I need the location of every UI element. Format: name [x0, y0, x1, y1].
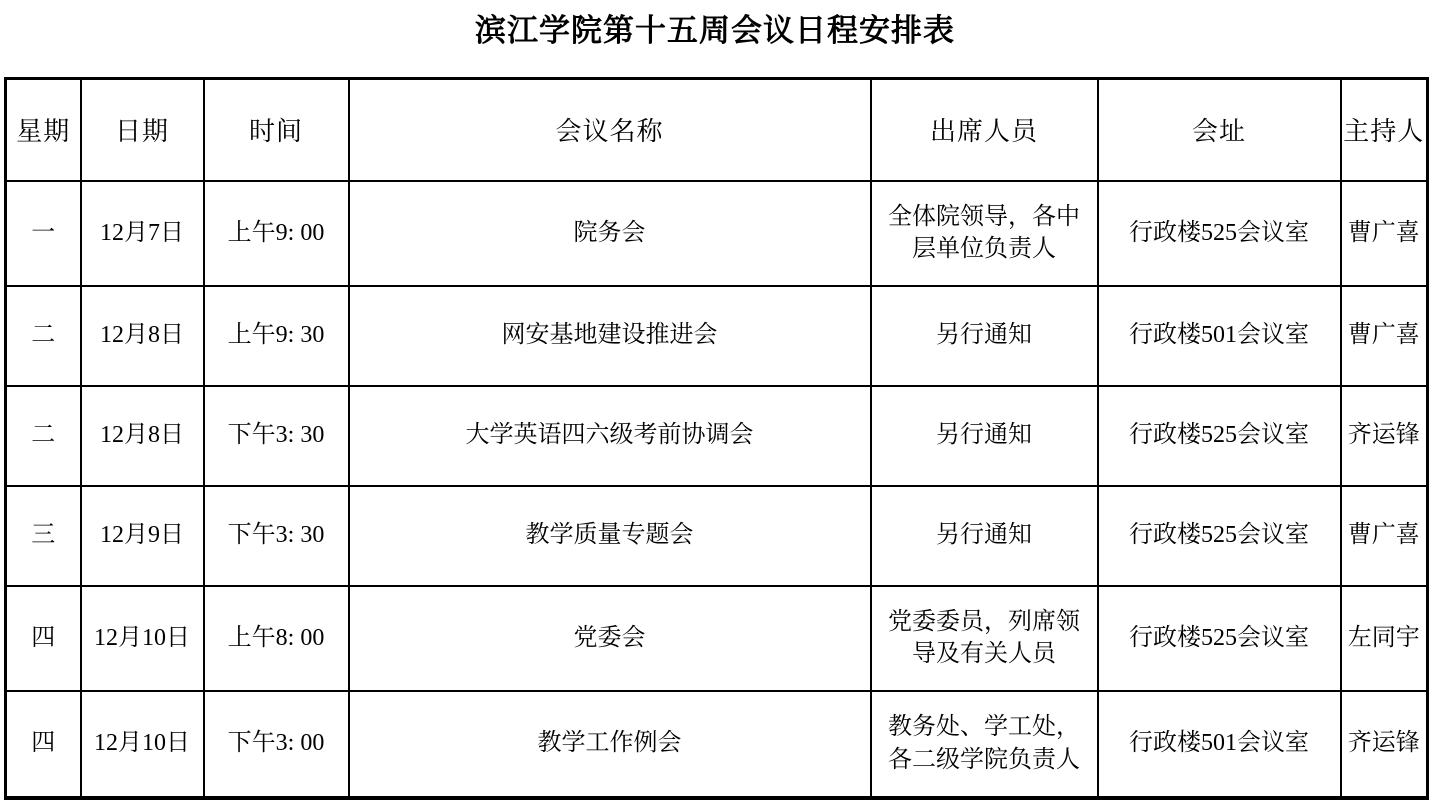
cell-venue: 行政楼501会议室: [1098, 691, 1341, 798]
cell-venue: 行政楼501会议室: [1098, 286, 1341, 386]
column-header-weekday: 星期: [6, 79, 81, 181]
cell-time: 下午3: 00: [204, 691, 349, 798]
cell-attendees: 教务处、学工处， 各二级学院负责人: [871, 691, 1098, 798]
table-row: 二 12月8日 上午9: 30 网安基地建设推进会 另行通知 行政楼501会议室…: [6, 286, 1428, 386]
column-header-attendees: 出席人员: [871, 79, 1098, 181]
cell-host: 曹广喜: [1341, 286, 1428, 386]
cell-weekday: 二: [6, 386, 81, 486]
cell-venue: 行政楼525会议室: [1098, 386, 1341, 486]
cell-attendees: 全体院领导，各中 层单位负责人: [871, 181, 1098, 286]
cell-host: 齐运锋: [1341, 691, 1428, 798]
table-row: 一 12月7日 上午9: 00 院务会 全体院领导，各中 层单位负责人 行政楼5…: [6, 181, 1428, 286]
cell-time: 下午3: 30: [204, 386, 349, 486]
cell-attendees: 另行通知: [871, 286, 1098, 386]
column-header-meeting-name: 会议名称: [349, 79, 871, 181]
table-row: 四 12月10日 下午3: 00 教学工作例会 教务处、学工处， 各二级学院负责…: [6, 691, 1428, 798]
cell-host: 齐运锋: [1341, 386, 1428, 486]
cell-date: 12月8日: [81, 286, 204, 386]
cell-attendees: 另行通知: [871, 486, 1098, 586]
page-title: 滨江学院第十五周会议日程安排表: [0, 5, 1430, 50]
cell-date: 12月10日: [81, 586, 204, 691]
cell-meeting-name: 教学工作例会: [349, 691, 871, 798]
cell-weekday: 三: [6, 486, 81, 586]
cell-weekday: 二: [6, 286, 81, 386]
column-header-venue: 会址: [1098, 79, 1341, 181]
cell-date: 12月7日: [81, 181, 204, 286]
cell-host: 左同宇: [1341, 586, 1428, 691]
cell-meeting-name: 网安基地建设推进会: [349, 286, 871, 386]
cell-host: 曹广喜: [1341, 486, 1428, 586]
cell-time: 上午8: 00: [204, 586, 349, 691]
cell-venue: 行政楼525会议室: [1098, 486, 1341, 586]
cell-weekday: 一: [6, 181, 81, 286]
cell-meeting-name: 教学质量专题会: [349, 486, 871, 586]
cell-host: 曹广喜: [1341, 181, 1428, 286]
column-header-time: 时间: [204, 79, 349, 181]
cell-meeting-name: 党委会: [349, 586, 871, 691]
cell-date: 12月8日: [81, 386, 204, 486]
cell-attendees: 党委委员，列席领 导及有关人员: [871, 586, 1098, 691]
table-row: 二 12月8日 下午3: 30 大学英语四六级考前协调会 另行通知 行政楼525…: [6, 386, 1428, 486]
cell-weekday: 四: [6, 691, 81, 798]
cell-weekday: 四: [6, 586, 81, 691]
table-row: 三 12月9日 下午3: 30 教学质量专题会 另行通知 行政楼525会议室 曹…: [6, 486, 1428, 586]
cell-meeting-name: 院务会: [349, 181, 871, 286]
table-header-row: 星期 日期 时间 会议名称 出席人员 会址 主持人: [6, 79, 1428, 181]
cell-attendees: 另行通知: [871, 386, 1098, 486]
cell-venue: 行政楼525会议室: [1098, 181, 1341, 286]
cell-time: 上午9: 30: [204, 286, 349, 386]
cell-meeting-name: 大学英语四六级考前协调会: [349, 386, 871, 486]
cell-time: 上午9: 00: [204, 181, 349, 286]
cell-time: 下午3: 30: [204, 486, 349, 586]
cell-date: 12月10日: [81, 691, 204, 798]
column-header-date: 日期: [81, 79, 204, 181]
meeting-schedule-table: 星期 日期 时间 会议名称 出席人员 会址 主持人 一 12月7日 上午9: 0…: [4, 77, 1429, 800]
table-row: 四 12月10日 上午8: 00 党委会 党委委员，列席领 导及有关人员 行政楼…: [6, 586, 1428, 691]
column-header-host: 主持人: [1341, 79, 1428, 181]
cell-venue: 行政楼525会议室: [1098, 586, 1341, 691]
cell-date: 12月9日: [81, 486, 204, 586]
